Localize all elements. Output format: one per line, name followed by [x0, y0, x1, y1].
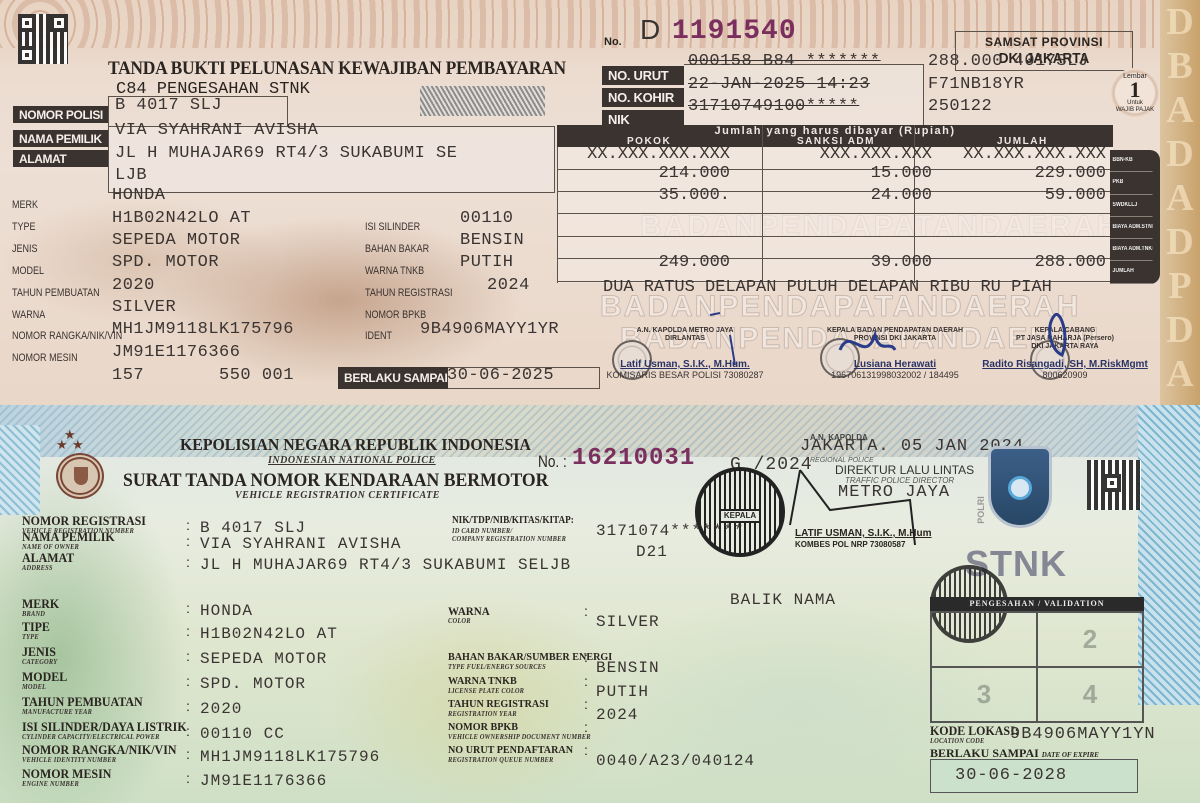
- label-field: MODELMODEL: [22, 671, 67, 691]
- issuer-rank: KOMBES POL NRP 73080587: [795, 540, 905, 549]
- qr-code-icon: [18, 14, 68, 64]
- label-field: NO URUT PENDAFTARANREGISTRATION QUEUE NU…: [448, 744, 573, 764]
- colon: :: [584, 649, 588, 665]
- field-label: NOMOR RANGKA/NIK/VIN: [22, 742, 176, 757]
- field-label: JENIS: [22, 644, 56, 659]
- field-label-en: ADDRESS: [22, 564, 74, 572]
- lembar-wajib-pajak: WAJIB PAJAK: [1110, 107, 1160, 114]
- label-field: ALAMATADDRESS: [22, 552, 74, 572]
- colon: :: [584, 742, 588, 758]
- tax-payment-receipt: DBADADPDA TANDA BUKTI PELUNASAN KEWAJIBA…: [0, 0, 1200, 405]
- value-urut-right2: F71NB18YR: [928, 75, 1024, 94]
- value-extra-code: 157 550 001: [112, 366, 294, 385]
- payment-pokok: 214.000: [560, 164, 730, 183]
- label-berlaku-sampai: BERLAKU SAMPAI: [338, 367, 448, 389]
- label-field: WARNA TNKBLICENSE PLATE COLOR: [448, 675, 524, 695]
- colon: :: [584, 603, 588, 619]
- label-location-code: KODE LOKASI:LOCATION CODE: [930, 725, 1019, 745]
- value-berlaku-sampai: 30-06-2025: [447, 366, 554, 385]
- validation-cell: 4: [1037, 667, 1143, 722]
- label-no-urut: NO. URUT: [602, 66, 684, 85]
- label-nik: NIK/TDP/NIB/KITAS/KITAP: ID CARD NUMBER/…: [452, 515, 574, 543]
- police-title-en: INDONESIAN NATIONAL POLICE: [268, 455, 436, 466]
- payment-pokok: 249.000: [560, 253, 730, 272]
- field-label-en: REGISTRATION QUEUE NUMBER: [448, 756, 573, 764]
- doc-number-label: No.: [604, 36, 622, 48]
- field-value: MH1JM9118LK175796: [200, 748, 380, 766]
- value-no-kohir: 22-JAN-2025 14:23: [688, 75, 870, 94]
- label-warna: WARNA: [12, 309, 45, 321]
- guilloche-edge: [1138, 405, 1200, 705]
- validation-cell: [931, 612, 1037, 667]
- field-label-en: CYLINDER CAPACITY/ELECTRICAL POWER: [22, 733, 187, 741]
- label-model: MODEL: [12, 265, 44, 277]
- value-alamat-line1: JL H MUHAJAR69 RT4/3 SUKABUMI SE: [115, 144, 457, 163]
- label-field: JENISCATEGORY: [22, 646, 57, 666]
- signature-strokes: [690, 305, 1150, 375]
- field-label: NOMOR MESIN: [22, 766, 111, 781]
- nik-label: NIK/TDP/NIB/KITAS/KITAP:: [452, 515, 574, 526]
- value-isi-silinder: 00110: [460, 209, 514, 228]
- field-value: SILVER: [596, 613, 660, 631]
- field-label: TAHUN REGISTRASI: [448, 698, 549, 710]
- field-label-en: VEHICLE IDENTITY NUMBER: [22, 756, 176, 764]
- field-value: 2024: [596, 706, 638, 724]
- guilloche-edge: [0, 425, 40, 515]
- colon: :: [186, 746, 190, 762]
- value-model: SPD. MOTOR: [112, 253, 219, 272]
- value-urut-right1: 288.000 4017SLJ: [928, 52, 1089, 71]
- label-ident: IDENT: [365, 330, 392, 342]
- issuer-name: LATIF USMAN, S.I.K., M.Hum: [795, 528, 931, 539]
- value-tahun-registrasi: 2024: [487, 276, 530, 295]
- validation-cell: 3: [931, 667, 1037, 722]
- label-field: ISI SILINDER/DAYA LISTRIKCYLINDER CAPACI…: [22, 721, 187, 741]
- value-nomor-rangka: MH1JM9118LK175796: [112, 320, 294, 339]
- label-type: TYPE: [12, 221, 36, 233]
- label-tahun-registrasi: TAHUN REGISTRASI: [365, 287, 453, 299]
- payment-row-label: BIAYA ADM.STNK: [1110, 217, 1153, 239]
- value-warna-tnkb: PUTIH: [460, 253, 514, 272]
- field-label: ALAMAT: [22, 550, 74, 565]
- issuer-on-behalf: A.N. KAPOLDA: [810, 433, 868, 442]
- field-value: JL H MUHAJAR69 RT4/3 SUKABUMI SELJB: [200, 556, 571, 574]
- value-location-code: 9B4906MAYY1YN: [1010, 725, 1156, 744]
- field-label-en: MANUFACTURE YEAR: [22, 708, 143, 716]
- validation-cell: 2: [1037, 612, 1143, 667]
- payment-row-labels: BBN-KBPKBSWDKLLJBIAYA ADM.STNKBIAYA ADM.…: [1110, 150, 1160, 284]
- field-label: NO URUT PENDAFTARAN: [448, 744, 573, 756]
- vehicle-registration-certificate: ★★★ KEPOLISIAN NEGARA REPUBLIK INDONESIA…: [0, 405, 1200, 803]
- value-merk: HONDA: [112, 186, 166, 205]
- label-warna-tnkb: WARNA TNKB: [365, 265, 424, 277]
- field-value: JM91E1176366: [200, 772, 327, 790]
- field-value: HONDA: [200, 602, 253, 620]
- balik-nama: BALIK NAMA: [730, 591, 836, 609]
- payment-jumlah: 229.000: [936, 164, 1106, 183]
- nik-label-en: COMPANY REGISTRATION NUMBER: [452, 535, 574, 543]
- field-value: BENSIN: [596, 659, 660, 677]
- field-label: MERK: [22, 596, 59, 611]
- colon: :: [584, 673, 588, 689]
- colon: :: [186, 648, 190, 664]
- label-field: MERKBRAND: [22, 598, 59, 618]
- payment-jumlah: 59.000: [936, 186, 1106, 205]
- security-pattern: [420, 86, 545, 116]
- colon: :: [186, 517, 190, 533]
- payment-sanksi: 39.000: [762, 253, 932, 272]
- payment-jumlah: 288.000: [936, 253, 1106, 272]
- field-label-en: ENGINE NUMBER: [22, 780, 111, 788]
- value-expire: 30-06-2028: [955, 766, 1067, 785]
- field-value: H1B02N42LO AT: [200, 625, 338, 643]
- field-value: 00110 CC: [200, 725, 285, 743]
- field-value: 2020: [200, 700, 242, 718]
- cert-number: 16210031: [572, 445, 695, 472]
- field-label: TAHUN PEMBUATAN: [22, 694, 143, 709]
- field-label: NOMOR REGISTRASI: [22, 513, 146, 528]
- police-emblem-icon: ★★★: [42, 431, 118, 501]
- colon: :: [186, 673, 190, 689]
- colon: :: [584, 696, 588, 712]
- label-field: WARNACOLOR: [448, 605, 490, 625]
- label-nama-pemilik: NAMA PEMILIK: [13, 130, 108, 147]
- field-value: SEPEDA MOTOR: [200, 650, 327, 668]
- value-nik: 3171074*******: [596, 522, 744, 540]
- field-label: ISI SILINDER/DAYA LISTRIK: [22, 719, 187, 734]
- lembar-for: Untuk: [1110, 100, 1160, 107]
- doc-number: 1191540: [672, 16, 797, 47]
- field-label-en: CATEGORY: [22, 658, 57, 666]
- label-nomor-rangka: NOMOR RANGKA/NIK/VIN: [12, 330, 122, 342]
- lembar-number: 1: [1110, 80, 1160, 100]
- field-label: MODEL: [22, 669, 67, 684]
- field-label: TIPE: [22, 619, 50, 634]
- label-nomor-polisi: NOMOR POLISI: [13, 106, 108, 123]
- label-field: NAMA PEMILIKNAME OF OWNER: [22, 531, 115, 551]
- label-alamat: ALAMAT: [13, 150, 108, 167]
- label-jenis: JENIS: [12, 243, 38, 255]
- payment-sanksi: XXX.XXX.XXX: [762, 145, 932, 164]
- field-label-en: COLOR: [448, 617, 490, 625]
- amount-in-words: DUA RATUS DELAPAN PULUH DELAPAN RIBU RU …: [603, 278, 1183, 298]
- payment-pokok: 35.000.: [560, 186, 730, 205]
- value-jenis: SEPEDA MOTOR: [112, 231, 240, 250]
- field-label-en: REGISTRATION YEAR: [448, 710, 549, 718]
- value-nomor-polisi: B 4017 SLJ: [115, 96, 222, 115]
- payment-pokok: XX.XXX.XXX.XXX: [560, 145, 730, 164]
- field-label-en: LICENSE PLATE COLOR: [448, 687, 524, 695]
- receipt-side-strip: DBADADPDA: [1160, 0, 1200, 405]
- label-field: TAHUN REGISTRASIREGISTRATION YEAR: [448, 698, 549, 718]
- label-no-kohir: NO. KOHIR: [602, 88, 684, 107]
- value-nik: 31710749100*****: [688, 97, 859, 116]
- value-type: H1B02N42LO AT: [112, 209, 251, 228]
- colon: :: [186, 623, 190, 639]
- colon: :: [186, 698, 190, 714]
- label-field: TIPETYPE: [22, 621, 50, 641]
- colon: :: [584, 719, 588, 735]
- payment-row-label: BBN-KB: [1110, 150, 1153, 172]
- value-nama-pemilik: VIA SYAHRANI AVISHA: [115, 121, 318, 140]
- validation-grid: 2 3 4: [930, 611, 1144, 723]
- field-value: 0040/A23/040124: [596, 752, 755, 770]
- police-title: KEPOLISIAN NEGARA REPUBLIK INDONESIA: [180, 435, 531, 455]
- validation-heading: PENGESAHAN / VALIDATION: [930, 597, 1144, 611]
- field-value: VIA SYAHRANI AVISHA: [200, 535, 401, 553]
- location-code-label: KODE LOKASI:: [930, 723, 1019, 738]
- field-label: NAMA PEMILIK: [22, 529, 115, 544]
- payment-row-label: SWDKLLJ: [1110, 195, 1153, 217]
- payment-header: Jumlah yang harus dibayar (Rupiah) POKOK…: [557, 125, 1113, 147]
- expire-label: BERLAKU SAMPAI: [930, 746, 1039, 760]
- label-field: TAHUN PEMBUATANMANUFACTURE YEAR: [22, 696, 143, 716]
- payment-row-label: BIAYA ADM.TNKB: [1110, 239, 1153, 261]
- field-label-en: TYPE: [22, 633, 50, 641]
- payment-jumlah: XX.XXX.XXX.XXX: [936, 145, 1106, 164]
- stamp-text: KEPALA: [719, 509, 761, 523]
- cert-number-label: No. :: [538, 452, 567, 472]
- polri-text: POLRI: [976, 496, 986, 524]
- field-value: SPD. MOTOR: [200, 675, 306, 693]
- label-bahan-bakar: BAHAN BAKAR: [365, 243, 429, 255]
- polri-badge-icon: [970, 440, 1070, 550]
- nik-label-en: ID CARD NUMBER/: [452, 527, 574, 535]
- value-tahun-pembuatan: 2020: [112, 276, 155, 295]
- field-label: WARNA: [448, 604, 490, 618]
- field-label-en: BRAND: [22, 610, 59, 618]
- label-tahun-pembuatan: TAHUN PEMBUATAN: [12, 287, 100, 299]
- value-alamat-line2: LJB: [115, 166, 147, 185]
- label-nomor-mesin: NOMOR MESIN: [12, 352, 78, 364]
- colon: :: [186, 533, 190, 549]
- label-isi-silinder: ISI SILINDER: [365, 221, 420, 233]
- samsat-line1: SAMSAT PROVINSI: [956, 35, 1132, 49]
- value-warna: SILVER: [112, 298, 176, 317]
- label-field: NOMOR BPKBVEHICLE OWNERSHIP DOCUMENT NUM…: [448, 721, 591, 741]
- label-field: NOMOR RANGKA/NIK/VINVEHICLE IDENTITY NUM…: [22, 744, 176, 764]
- field-label: WARNA TNKB: [448, 675, 517, 687]
- field-label: NOMOR BPKB: [448, 721, 518, 733]
- receipt-title: TANDA BUKTI PELUNASAN KEWAJIBAN PEMBAYAR…: [108, 58, 566, 80]
- lembar-badge: Lembar 1 Untuk WAJIB PAJAK: [1110, 68, 1160, 118]
- certificate-title-en: VEHICLE REGISTRATION CERTIFICATE: [235, 490, 440, 501]
- official-stamp-icon: KEPALA: [695, 467, 785, 557]
- value-bahan-bakar: BENSIN: [460, 231, 524, 250]
- qr-code-icon: [1087, 460, 1141, 510]
- expire-label-en: DATE OF EXPIRE: [1042, 751, 1099, 759]
- colon: :: [186, 554, 190, 570]
- value-no-urut: 000158 B84 *******: [688, 52, 881, 71]
- field-label-en: MODEL: [22, 683, 67, 691]
- doc-number-prefix: D: [640, 14, 660, 46]
- payment-sanksi: 24.000: [762, 186, 932, 205]
- label-field: NOMOR MESINENGINE NUMBER: [22, 768, 111, 788]
- certificate-title: SURAT TANDA NOMOR KENDARAAN BERMOTOR: [123, 470, 548, 492]
- payment-row-label: PKB: [1110, 172, 1153, 194]
- location-code-label-en: LOCATION CODE: [930, 737, 1019, 745]
- colon: :: [186, 600, 190, 616]
- field-label-en: VEHICLE OWNERSHIP DOCUMENT NUMBER: [448, 733, 591, 741]
- value-nomor-mesin: JM91E1176366: [112, 343, 240, 362]
- value-nik-extra: D21: [636, 543, 668, 561]
- colon: :: [186, 723, 190, 739]
- label-merk: MERK: [12, 199, 38, 211]
- label-nomor-bpkb: NOMOR BPKB: [365, 309, 426, 321]
- payment-sanksi: 15.000: [762, 164, 932, 183]
- colon: :: [186, 770, 190, 786]
- field-value: PUTIH: [596, 683, 649, 701]
- value-ident: 9B4906MAYY1YR: [420, 320, 559, 339]
- value-urut-right3: 250122: [928, 97, 992, 116]
